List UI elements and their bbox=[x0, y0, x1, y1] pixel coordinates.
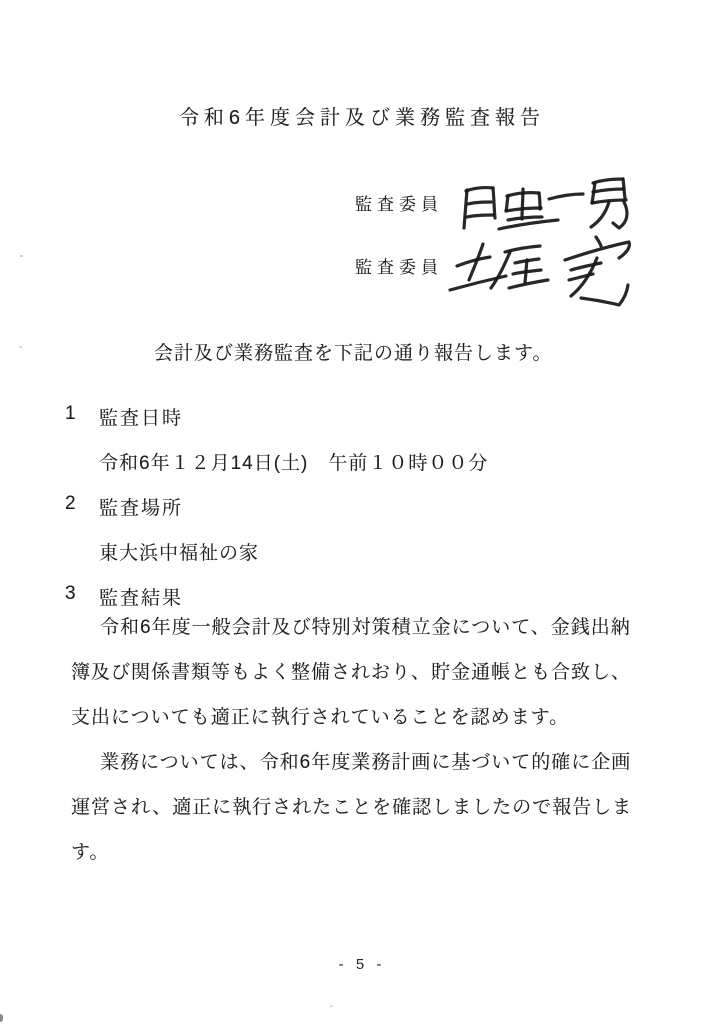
scan-speck bbox=[330, 1005, 333, 1007]
scan-speck bbox=[19, 346, 22, 348]
audit-result-text: 令和6年度一般会計及び特別対策積立金について、金銭出納 簿及び関係書類等もよく整… bbox=[71, 605, 651, 875]
section-1-heading: 監査日時 bbox=[99, 403, 183, 430]
auditor-label-2: 監査委員 bbox=[355, 253, 443, 278]
result-line: 運営され、適正に執行されたことを確認しましたので報告しま bbox=[71, 785, 651, 830]
page-number: - 5 - bbox=[0, 956, 724, 973]
result-line: す。 bbox=[71, 830, 651, 875]
auditor-label-1: 監査委員 bbox=[355, 190, 443, 215]
section-3-number: 3 bbox=[65, 583, 76, 605]
handwritten-signature-2 bbox=[443, 230, 655, 318]
section-1-number: 1 bbox=[65, 403, 76, 425]
document-title: 令和6年度会計及び業務監査報告 bbox=[0, 101, 724, 130]
result-line: 支出についても適正に執行されていることを認めます。 bbox=[71, 695, 651, 740]
scanned-audit-report-page: 令和6年度会計及び業務監査報告 監査委員 監査委員 bbox=[0, 0, 724, 1024]
section-1-body: 令和6年１２月14日(土) 午前１０時００分 bbox=[99, 448, 488, 475]
scan-speck bbox=[20, 255, 23, 257]
scan-edge-mark bbox=[0, 1014, 3, 1022]
handwritten-signature-1 bbox=[452, 166, 652, 240]
section-2-heading: 監査場所 bbox=[99, 493, 183, 520]
result-line: 簿及び関係書類等もよく整備されおり、貯金通帳とも合致し、 bbox=[71, 650, 651, 695]
intro-sentence: 会計及び業務監査を下記の通り報告します。 bbox=[154, 338, 552, 365]
section-2-body: 東大浜中福祉の家 bbox=[99, 538, 259, 565]
result-line: 令和6年度一般会計及び特別対策積立金について、金銭出納 bbox=[71, 605, 651, 650]
result-line: 業務については、令和6年度業務計画に基づいて的確に企画 bbox=[71, 740, 651, 785]
section-2-number: 2 bbox=[65, 493, 76, 515]
